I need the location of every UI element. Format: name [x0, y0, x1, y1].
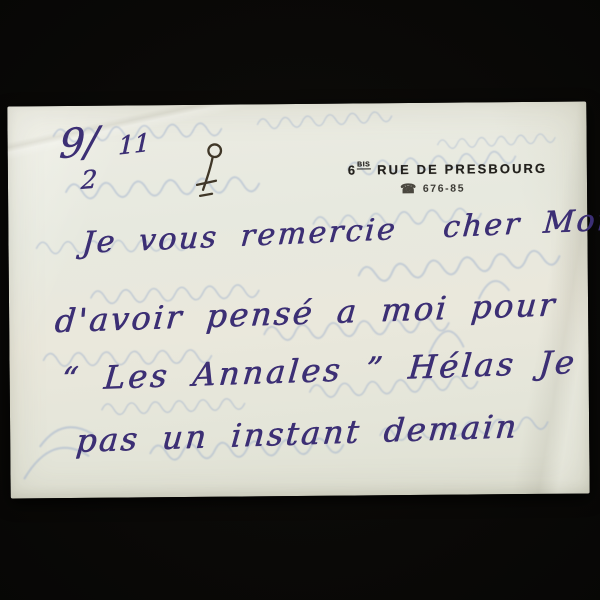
date-month: 2 [80, 164, 98, 194]
letterhead-address: 6BIS RUE DE PRESBOURG [348, 160, 580, 178]
address-street: RUE DE PRESBOURG [377, 161, 547, 177]
p-monogram-mark [196, 141, 227, 205]
letter-paper: 9/ 11 2 6BIS RUE DE PRESBOURG ☎ 676-85 [7, 101, 589, 498]
address-suffix: BIS [357, 161, 370, 169]
letter-photo: 9/ 11 2 6BIS RUE DE PRESBOURG ☎ 676-85 [0, 0, 600, 600]
phone-number: 676-85 [423, 182, 465, 194]
letterhead-phone: ☎ 676-85 [400, 181, 580, 196]
letterhead: 6BIS RUE DE PRESBOURG ☎ 676-85 [348, 160, 580, 196]
date-year: 11 [118, 128, 150, 161]
telephone-icon: ☎ [400, 182, 418, 195]
date-day: 9/ [58, 119, 100, 168]
